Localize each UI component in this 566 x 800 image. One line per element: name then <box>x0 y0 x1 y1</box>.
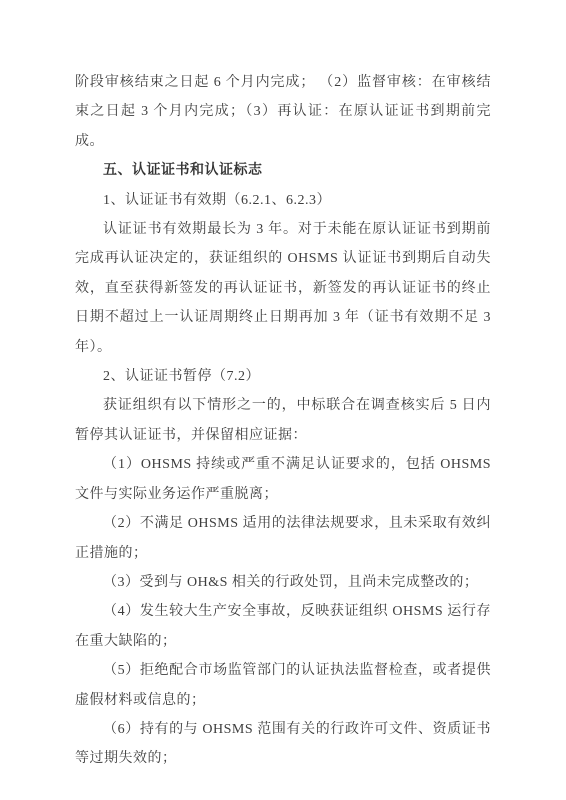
list-item-suspension-condition-6: （6）持有的与 OHSMS 范围有关的行政许可文件、资质证书等过期失效的； <box>75 715 491 774</box>
list-item-suspension-condition-3: （3）受到与 OH&S 相关的行政处罚，且尚未完成整改的； <box>75 568 491 597</box>
list-item-suspension-condition-1: （1）OHSMS 持续或严重不满足认证要求的，包括 OHSMS 文件与实际业务运… <box>75 450 491 509</box>
list-item-suspension-condition-2: （2）不满足 OHSMS 适用的法律法规要求，且未采取有效纠正措施的； <box>75 509 491 568</box>
paragraph-certificate-validity-body: 认证证书有效期最长为 3 年。对于未能在原认证证书到期前完成再认证决定的，获证组… <box>75 215 491 362</box>
subsection-title-certificate-validity: 1、认证证书有效期（6.2.1、6.2.3） <box>75 186 491 215</box>
list-item-suspension-condition-5: （5）拒绝配合市场监管部门的认证执法监督检查，或者提供虚假材料或信息的； <box>75 656 491 715</box>
paragraph-suspension-intro: 获证组织有以下情形之一的，中标联合在调查核实后 5 日内暂停其认证证书，并保留相… <box>75 391 491 450</box>
document-page: 阶段审核结束之日起 6 个月内完成； （2）监督审核：在审核结束之日起 3 个月… <box>0 0 566 800</box>
section-heading-certificates-and-marks: 五、认证证书和认证标志 <box>75 156 491 185</box>
subsection-title-certificate-suspension: 2、认证证书暂停（7.2） <box>75 362 491 391</box>
list-item-suspension-condition-4: （4）发生较大生产安全事故，反映获证组织 OHSMS 运行存在重大缺陷的； <box>75 597 491 656</box>
paragraph-audit-completion-deadlines: 阶段审核结束之日起 6 个月内完成； （2）监督审核：在审核结束之日起 3 个月… <box>75 68 491 156</box>
